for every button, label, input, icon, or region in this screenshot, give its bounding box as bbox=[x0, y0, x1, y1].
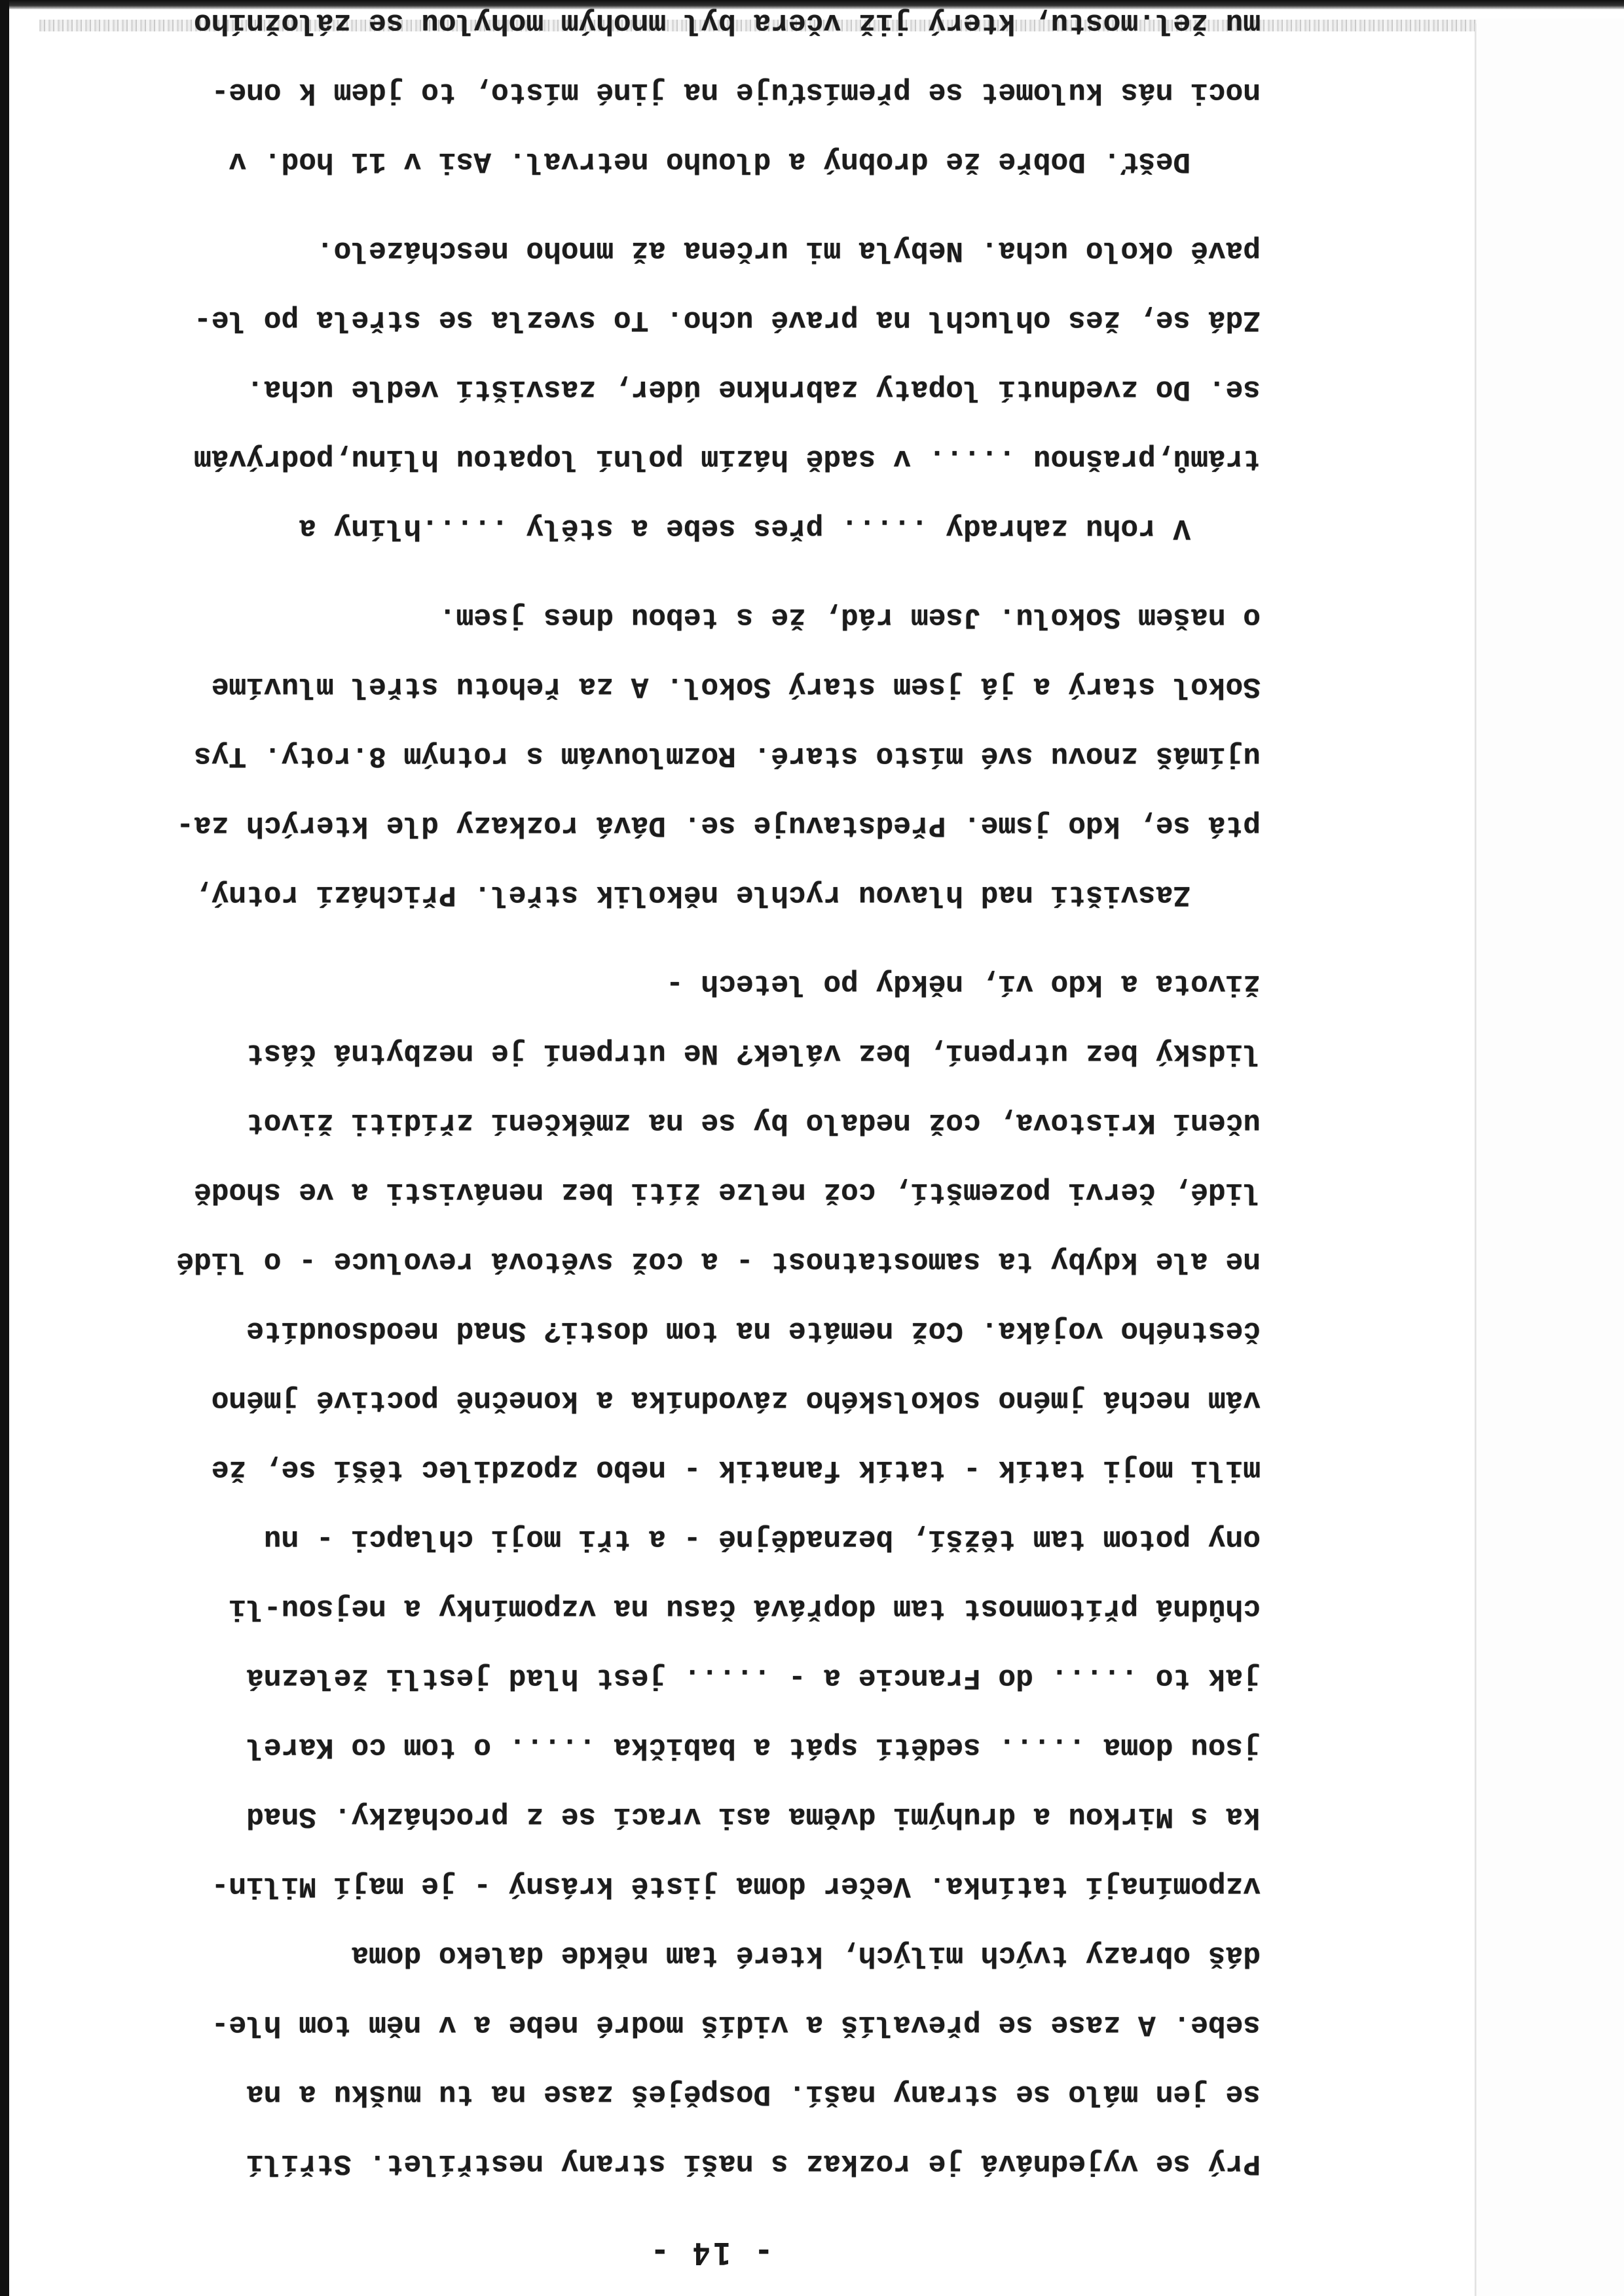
text-line: o našem Sokolu. Jsem rád, že s tebou dne… bbox=[0, 582, 1261, 651]
text-line: života a kdo ví, někdy po letech - bbox=[0, 949, 1261, 1018]
text-line: vám nechá jméno sokolského závodníka a k… bbox=[0, 1365, 1261, 1434]
text-line: ptá se, kdo jsme. Představuje se. Dává r… bbox=[0, 790, 1261, 860]
text-line: noci nás kulomet se přemísťuje na jiné m… bbox=[0, 57, 1261, 126]
text-line: sebe. A zase se převalíš a vidíš modré n… bbox=[0, 1990, 1261, 2059]
paragraph-gap bbox=[0, 196, 1261, 215]
text-line: ony potom tam těžší, beznadějné - a tři … bbox=[0, 1504, 1261, 1573]
text-line: lidé, červi pozemští, což nelze žíti bez… bbox=[0, 1157, 1261, 1226]
text-line: Sokol starý a já jsem starý Sokol. A za … bbox=[0, 651, 1261, 721]
text-line: dáš obrazy tvých milých, které tam někde… bbox=[0, 1920, 1261, 1990]
text-line: Prý se vyjednává je rozkaz s naší strany… bbox=[0, 2128, 1261, 2198]
text-line: Zasviští nad hlavou rychle několik střel… bbox=[0, 860, 1261, 929]
text-line: mu žel.mostu, který již včera byl mnohým… bbox=[0, 0, 1261, 57]
text-line: jak to ..... do Francie a - ..... jest h… bbox=[0, 1643, 1261, 1712]
text-line: učení Kristova, což nedalo by se na změk… bbox=[0, 1087, 1261, 1157]
text-line: ujímáš znovu své místo staré. Rozmlouvám… bbox=[0, 721, 1261, 790]
text-line: se jen málo se strany naší. Dospěješ zas… bbox=[0, 2059, 1261, 2128]
text-line: jsou doma ..... sedětí spát a babička ..… bbox=[0, 1712, 1261, 1781]
text-line: lidský bez utrpení, bez válek? Ne utrpen… bbox=[0, 1018, 1261, 1087]
scanned-page: - 14 - Prý se vyjednává je rozkaz s naší… bbox=[0, 0, 1624, 2296]
text-line: vzpomínají tatínka. Večer doma jistě krá… bbox=[0, 1851, 1261, 1920]
text-line: ka s Mirkou a druhými dvěma asi vrací se… bbox=[0, 1781, 1261, 1851]
paragraph-gap bbox=[0, 929, 1261, 949]
text-line: trámů,prašnou ..... v sadě házím polní l… bbox=[0, 424, 1261, 493]
page-number: - 14 - bbox=[0, 2236, 1624, 2271]
text-line: mili moji tatík - tatík fanatik - nebo z… bbox=[0, 1434, 1261, 1504]
text-line: Dešť. Dobře že drobný a dlouho netrval. … bbox=[0, 126, 1261, 196]
text-line: chůdná přítomnost tam dopřává času na vz… bbox=[0, 1573, 1261, 1643]
text-line: V rohu zahrady ..... přes sebe a stěly .… bbox=[0, 493, 1261, 562]
paragraph-gap bbox=[0, 562, 1261, 582]
text-line: Zdá se, žes ohluchl na pravé ucho. To sv… bbox=[0, 285, 1261, 354]
text-line: ne ale kdyby ta samostatnost - a což svě… bbox=[0, 1226, 1261, 1296]
text-line: pavě okolo ucha. Nebyla mi určena až mno… bbox=[0, 215, 1261, 285]
text-line: se. Do zvednutí lopaty zabrnkne úder, za… bbox=[0, 354, 1261, 424]
text-line: čestného vojáka. Což nemáte na tom dosti… bbox=[0, 1296, 1261, 1365]
typewritten-text: Prý se vyjednává je rozkaz s naší strany… bbox=[0, 0, 1261, 2198]
